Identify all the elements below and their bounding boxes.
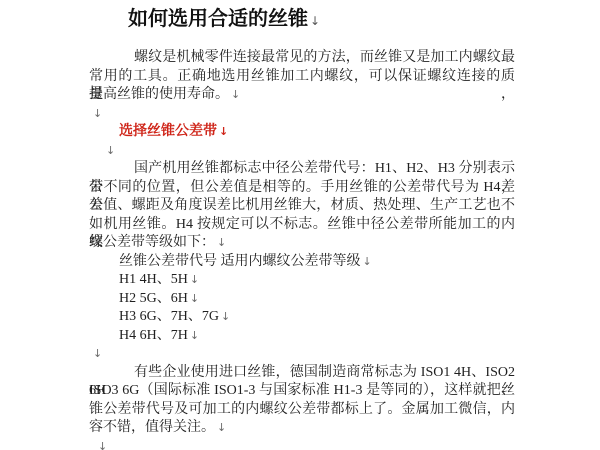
empty-paragraph: ↓	[89, 345, 515, 364]
tolerance-line: 国产机用丝锥都标志中径公差带代号：H1、H2、H3 分别表示公差	[89, 160, 515, 179]
grade-list-item: H1 4H、5H↓	[89, 271, 515, 290]
paragraph-mark: ↓	[217, 236, 226, 249]
paragraph-mark: ↓	[190, 329, 199, 342]
paragraph-mark: ↓	[217, 421, 226, 434]
intro-paragraph: 螺纹是机械零件连接最常见的方法，而丝锥又是加工内螺纹最 常用的工具。正确地选用丝…	[89, 49, 515, 105]
import-paragraph: 有些企业使用进口丝锥，德国制造商常标志为 ISO1 4H、ISO2 6H、 IS…	[89, 364, 515, 438]
document-content: 如何选用合适的丝锥↓ 螺纹是机械零件连接最常见的方法，而丝锥又是加工内螺纹最 常…	[89, 7, 515, 450]
import-line: 有些企业使用进口丝锥，德国制造商常标志为 ISO1 4H、ISO2 6H、	[89, 364, 515, 383]
empty-paragraph: ↓	[89, 142, 515, 161]
paragraph-mark: ↓	[93, 107, 102, 120]
intro-line: 常用的工具。正确地选用丝锥加工内螺纹，可以保证螺纹连接的质量，	[89, 68, 515, 87]
import-line-text: 容不错，值得关注。	[89, 420, 215, 435]
paragraph-mark: ↓	[93, 347, 102, 360]
import-line: 容不错，值得关注。↓	[89, 419, 515, 438]
grade-list-item: H4 6H、7H↓	[89, 327, 515, 346]
paragraph-mark: ↓	[219, 125, 228, 138]
empty-paragraph: ↓	[89, 438, 515, 450]
paragraph-mark: ↓	[221, 310, 230, 323]
section-heading: 选择丝锥公差带↓	[89, 123, 515, 142]
import-line: ISO3 6G（国际标准 ISO1-3 与国家标准 H1-3 是等同的），这样就…	[89, 382, 515, 401]
grade-list-item-text: H2 5G、6H	[119, 291, 188, 306]
paragraph-mark: ↓	[98, 440, 107, 450]
tolerance-line: 差值、螺距及角度误差比机用丝锥大，材质、热处理、生产工艺也不	[89, 197, 515, 216]
grade-list: 丝锥公差带代号 适用内螺纹公差带等级↓ H1 4H、5H↓ H2 5G、6H↓ …	[89, 253, 515, 346]
paragraph-mark: ↓	[231, 88, 240, 101]
grade-list-item-text: H1 4H、5H	[119, 272, 188, 287]
intro-line: 螺纹是机械零件连接最常见的方法，而丝锥又是加工内螺纹最	[89, 49, 515, 68]
tolerance-line: 纹公差带等级如下：↓	[89, 234, 515, 253]
tolerance-line: 带不同的位置，但公差值是相等的。手用丝锥的公差带代号为 H4，公	[89, 179, 515, 198]
tolerance-paragraph: 国产机用丝锥都标志中径公差带代号：H1、H2、H3 分别表示公差 带不同的位置，…	[89, 160, 515, 253]
intro-line-text: 提高丝锥的使用寿命。	[89, 87, 229, 102]
tolerance-line-text: 纹公差带等级如下：	[89, 235, 215, 250]
document-title: 如何选用合适的丝锥↓	[128, 7, 515, 34]
paragraph-mark: ↓	[190, 273, 199, 286]
document-page: 如何选用合适的丝锥↓ 螺纹是机械零件连接最常见的方法，而丝锥又是加工内螺纹最 常…	[0, 0, 600, 450]
paragraph-mark: ↓	[190, 292, 199, 305]
grade-list-header-text: 丝锥公差带代号 适用内螺纹公差带等级	[119, 254, 361, 269]
paragraph-mark: ↓	[363, 255, 372, 268]
grade-list-item-text: H4 6H、7H	[119, 328, 188, 343]
section-heading-text: 选择丝锥公差带	[119, 124, 217, 139]
paragraph-mark: ↓	[310, 14, 320, 28]
grade-list-item: H3 6G、7H、7G↓	[89, 308, 515, 327]
import-line: 锥公差带代号及可加工的内螺纹公差带都标上了。金属加工微信，内	[89, 401, 515, 420]
grade-list-item-text: H3 6G、7H、7G	[119, 309, 219, 324]
tolerance-line: 如机用丝锥。H4 按规定可以不标志。丝锥中径公差带所能加工的内螺	[89, 216, 515, 235]
paragraph-mark: ↓	[106, 144, 115, 157]
document-title-text: 如何选用合适的丝锥	[128, 8, 308, 30]
grade-list-header: 丝锥公差带代号 适用内螺纹公差带等级↓	[89, 253, 515, 272]
grade-list-item: H2 5G、6H↓	[89, 290, 515, 309]
empty-paragraph: ↓	[89, 105, 515, 124]
